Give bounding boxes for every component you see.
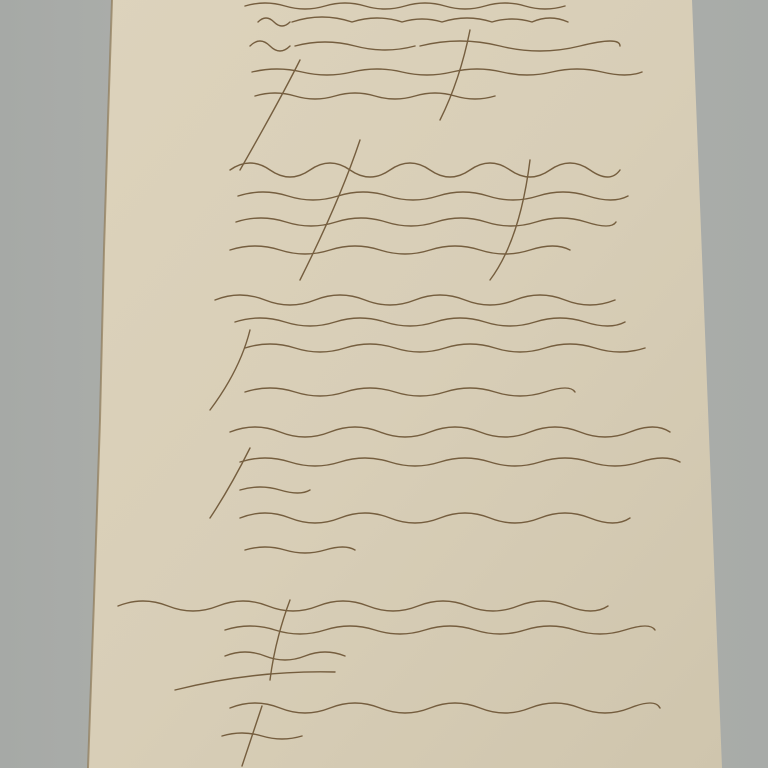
photo-scene: Photograph of a handwritten manuscript p…	[0, 0, 768, 768]
manuscript-page	[0, 0, 768, 768]
paper-sheet	[88, 0, 722, 768]
